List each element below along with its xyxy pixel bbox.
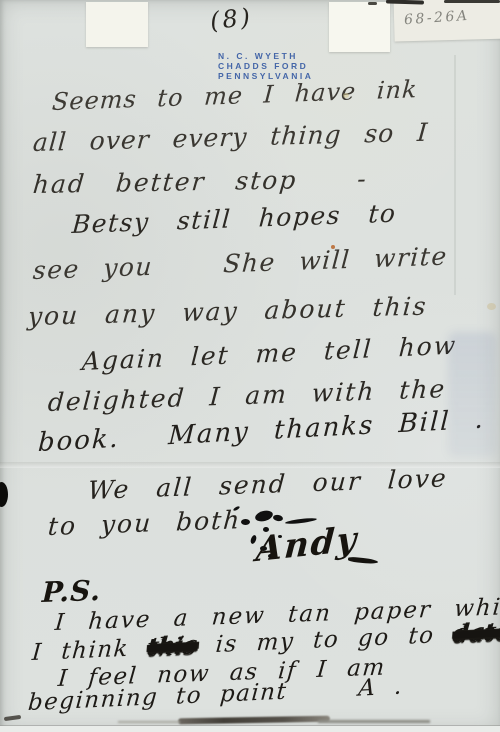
ps-line2-crossed-out-2: dates (452, 618, 500, 647)
handwritten-line-1: Seems to me I have ink (51, 75, 419, 116)
top-edge-mark (368, 2, 377, 5)
handwritten-line-11: to you both (47, 505, 242, 541)
ink-blot-drop (273, 514, 284, 522)
rust-speck (331, 245, 335, 249)
bottom-crease-smudge (178, 716, 330, 725)
left-edge-ink-spot (0, 482, 8, 507)
handwritten-line-4: Betsy still hopes to (71, 199, 398, 239)
ps-line2-text-a: I think (31, 635, 149, 666)
handwritten-line-7: Again let me tell how (81, 331, 458, 376)
handwritten-line-10: We all send our love (87, 463, 449, 505)
handwritten-line-2: all over every thing so I (32, 118, 429, 157)
scanned-letter-page: (8) 68-26A N. C. WYETH CHADDS FORD PENNS… (0, 0, 500, 732)
bottom-left-mark (4, 715, 21, 721)
paper-stain (343, 93, 349, 98)
top-edge-mark (444, 0, 500, 3)
letterhead: N. C. WYETH CHADDS FORD PENNSYLVANIA (218, 51, 313, 81)
handwritten-line-3: had better stop - (32, 164, 369, 199)
bottom-crease-smudge (118, 721, 180, 723)
tape-piece-left (86, 2, 148, 47)
scan-bottom-edge (0, 726, 500, 732)
letterhead-town: CHADDS FORD (218, 61, 313, 71)
handwritten-line-5: see you She will write (32, 241, 449, 285)
handwritten-line-6: you any way about this - (27, 289, 500, 332)
paper-stain (487, 303, 496, 310)
ps-line2-crossed-out-1: this (147, 633, 198, 661)
page-number: (8) (209, 3, 255, 35)
ink-blot-drop (254, 509, 274, 523)
signature-dash-stroke (348, 556, 378, 564)
ink-blot-drop (241, 519, 250, 525)
tape-piece-center (329, 2, 390, 52)
bottom-crease-smudge (318, 720, 430, 723)
ps-heading: P.S. (41, 574, 101, 609)
letterhead-name: N. C. WYETH (218, 51, 313, 61)
ink-show-through (448, 332, 496, 457)
ink-blot-drop (233, 505, 241, 511)
top-edge-mark (386, 0, 424, 4)
horizontal-fold-crease (0, 462, 500, 468)
vertical-crease (454, 55, 456, 295)
